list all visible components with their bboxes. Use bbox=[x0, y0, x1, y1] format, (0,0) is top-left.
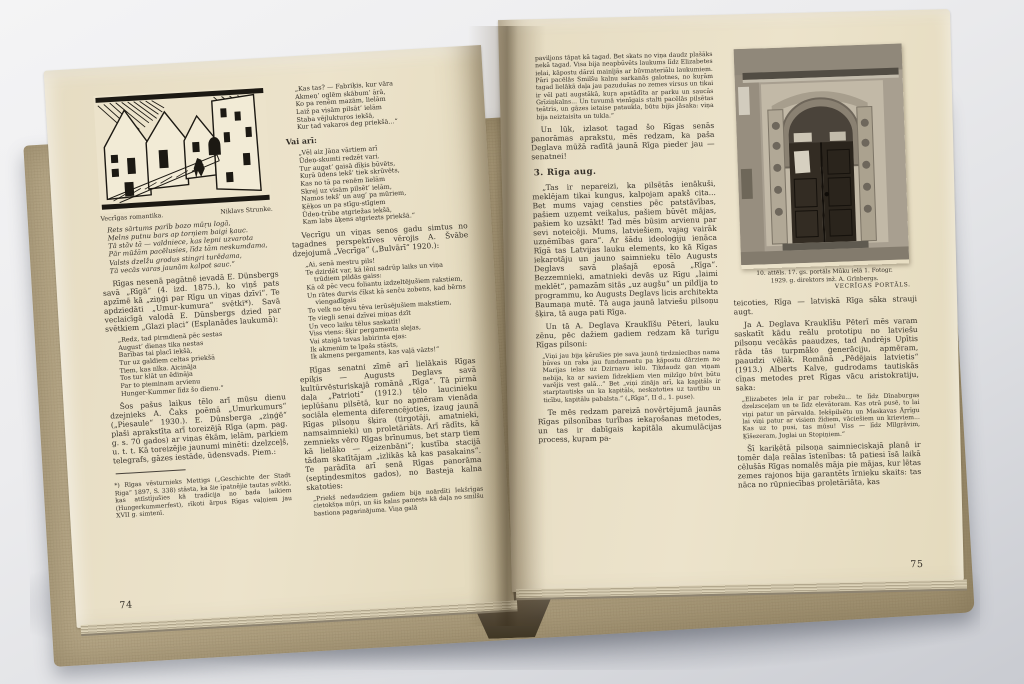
right-page-column-1: paviljons tāpat kā tagad. Bet skats no v… bbox=[529, 47, 723, 494]
paragraph: teicoties, Rīga — latviskā Rīga sāka str… bbox=[733, 294, 917, 316]
vecriga-woodcut-illustration bbox=[93, 86, 272, 214]
illustration-caption: Vecrīgas romantika. bbox=[100, 212, 163, 223]
paragraph: Šos pašus laikus tēlo arī mūsu dienu dze… bbox=[109, 393, 289, 466]
left-page-column-2: „Kas tas? — Fabriķis, kur vāraAkmeņ’ ogl… bbox=[282, 72, 484, 518]
paragraph: „Tas ir nepareizi, ka pilsētās ienākuši,… bbox=[532, 179, 719, 318]
paragraph: Rīgas senatni zīmē arī lielākais Rīgas e… bbox=[299, 356, 483, 492]
illustration-artist: Niklavs Strunke. bbox=[220, 206, 273, 216]
left-page-column-1: Vecrīgas romantika. Niklavs Strunke. Ret… bbox=[91, 84, 293, 530]
poem-quote: Rets sārtums parīb bozo mūŗu logā,Melns … bbox=[107, 216, 278, 275]
small-quote: „Viņi jau bija ķērušies pie sava jaunā t… bbox=[542, 349, 721, 405]
page-number-74: 74 bbox=[119, 600, 133, 612]
paragraph: Šī kariķētā pilsoņa saimnieciskajā planā… bbox=[737, 440, 922, 489]
poem-quote: „Vēl aiz Jāņa vārtiem arīŪdeņ-skumti red… bbox=[298, 140, 467, 226]
footnote: *) Rīgas vēsturnieks Mettigs („Geschicht… bbox=[114, 472, 292, 520]
portal-photo bbox=[734, 43, 910, 269]
book-photo-scene: Vecrīgas romantika. Niklavs Strunke. Ret… bbox=[0, 0, 1024, 684]
poem-quote: „Redz, tad pirmdienā pēc sestasAugust’ d… bbox=[118, 327, 286, 398]
small-quote: „Priekš nedaudziem gadiem bija noārdīti … bbox=[313, 486, 485, 518]
left-page: Vecrīgas romantika. Niklavs Strunke. Ret… bbox=[44, 45, 514, 628]
paragraph: Rīgas nesenā pagātnē ievadā E. Dünsbergs… bbox=[102, 269, 281, 333]
section-heading: 3. Rīga aug. bbox=[534, 164, 716, 178]
right-page-column-2: 10. attēls. 17. gs. portāls Mūku ielā 1.… bbox=[727, 42, 921, 489]
poem-quote: „Ai, senā mestru pils!Te dzirdēt var, kā… bbox=[305, 252, 475, 362]
paragraph: Un lūk, izlasot tagad šo Rīgas senās pan… bbox=[531, 121, 715, 161]
paragraph: Te mēs redzam pareizā novērtējumā jaunās… bbox=[538, 404, 722, 444]
photo-caption: 10. attēls. 17. gs. portāls Mūku ielā 1.… bbox=[733, 267, 917, 294]
paragraph: Un tā A. Deglava Krauklīšu Pēteri, lauku… bbox=[535, 318, 719, 349]
small-quote: paviljons tāpat kā tagad. Bet skats no v… bbox=[535, 51, 714, 121]
footnote-divider bbox=[116, 470, 186, 475]
right-page: paviljons tāpat kā tagad. Bet skats no v… bbox=[498, 9, 964, 592]
paragraph: Ja A. Deglava Krauklīšu Pēterī mēs varam… bbox=[734, 316, 919, 392]
page-number-75: 75 bbox=[910, 559, 923, 570]
poem-quote: „Kas tas? — Fabriķis, kur vāraAkmeņ’ ogl… bbox=[295, 76, 462, 132]
small-quote: „Elizabetes iela ir par robežu... te līd… bbox=[742, 392, 921, 440]
